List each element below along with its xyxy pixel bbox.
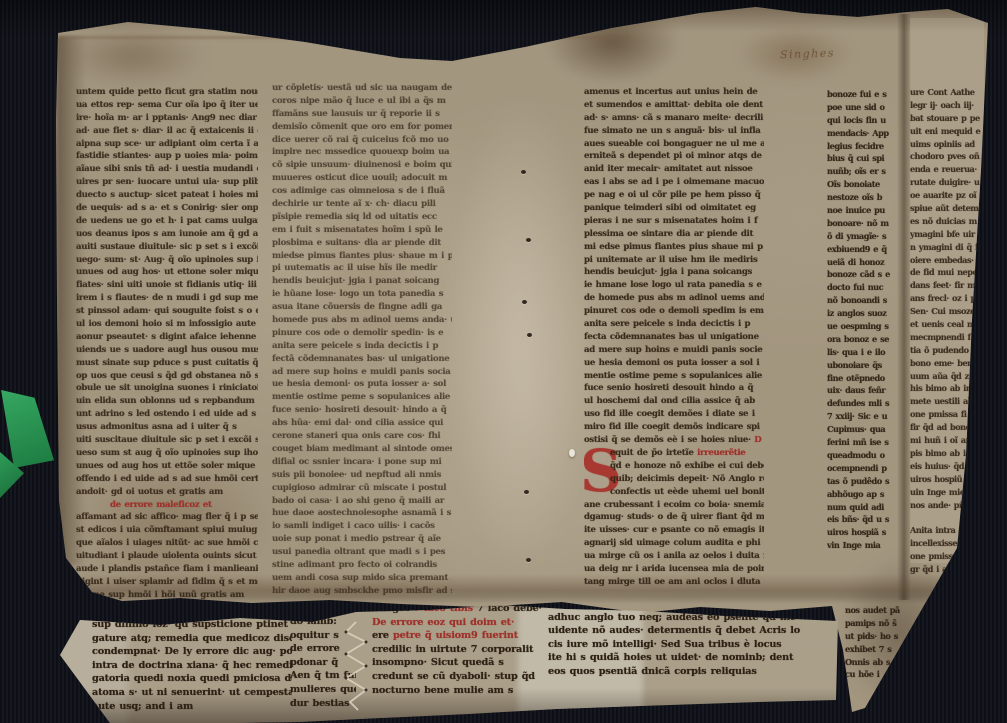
sewing-hole: [526, 558, 531, 562]
text-line: de errore maleficoz et: [76, 499, 258, 512]
text-line: bado oi casa· i ao shi geno q̃ maili ar: [272, 495, 452, 508]
text-line: ere petre q̃ uisiom9 fuerint: [372, 629, 546, 643]
text-line: demisĩo cõmenit que oro em for pomens: [272, 121, 452, 134]
text-line: ymagini bfe uir: [910, 228, 988, 241]
text-line: hir daoe aug smbsckhe pmo misfir ad s: [272, 585, 452, 598]
text-line: Sen· Cui msoze: [910, 305, 988, 318]
text-line: uiti suscitaue diuitule sic p set i excõ…: [76, 434, 258, 447]
text-line: cupigioso admirar cũ miscate i postul: [272, 482, 452, 495]
text-line: fiates· sini uiti unoie st fidianis utiq…: [76, 279, 258, 292]
text-line: [827, 552, 903, 565]
text-line: incellexisse Abr: [910, 537, 988, 550]
text-line: noe inuice pu: [827, 204, 903, 217]
text-line: sup dinino loz· q̃d supsticione ptinet o…: [92, 618, 292, 632]
text-line: ueso sum st aug q̃ oĩo upinoies sup ihoĩ…: [76, 447, 258, 460]
text-line: defundes mli s: [827, 397, 903, 410]
text-line: rutate duigire· u: [910, 176, 988, 189]
white-speck: [569, 449, 575, 457]
text-line: Oĩs bonoiate: [827, 178, 903, 191]
text-line: miedse pimus fiantes pius· shaue m i p: [272, 250, 452, 263]
text-line: iz anglos suoz: [827, 307, 903, 320]
text-line: stine adimant pro fecto oi colrandis: [272, 559, 452, 572]
text-line: [827, 578, 903, 591]
text-line: insompno· Sicut quedã s: [372, 656, 546, 670]
text-line: Onnis ab s: [845, 656, 905, 669]
text-line: cos adimige cas oimneiosa s de i fluã: [272, 185, 452, 198]
text-line: bonoze cãd s e: [827, 268, 903, 281]
text-line: ad· aue fiet s· diar· il ac q̃ extaiceni…: [76, 125, 258, 138]
text-line: uit eni mequid e: [910, 125, 988, 138]
text-line: obule ue sit unoigina suones i riniciato…: [76, 382, 258, 395]
text-line: irem i s fiautes· de n mudi i gd sup me …: [76, 292, 258, 305]
text-line: abs hũa· emi dal· ond cilia assice qui: [272, 417, 452, 430]
text-line: ans frecl· oz i p: [910, 292, 988, 305]
text-column-tail: nos audet pãpamips nõ s̃ut pids· ho sexh…: [845, 604, 905, 714]
text-line: ur cõpletis· uestã ud sic ua naugam de: [272, 82, 452, 95]
text-line: gature atq; remedia que medicoz discipli…: [92, 632, 292, 646]
text-line: uitane sup hmõi i hõi unũ gratis am: [76, 589, 258, 602]
text-line: uego· sum· st· Aug· q̃ oĩo upinoies sup …: [76, 254, 258, 267]
text-line: uos deanus ipos s am iunoie am q̃ gd am …: [76, 228, 258, 241]
text-line: mecmpnendi fo: [910, 331, 988, 344]
text-column-4: bonoze fui e spoe une sid oqui locis fin…: [827, 88, 903, 602]
text-line: fine otẽpnedo: [827, 372, 903, 385]
text-line: ora bonoz e se: [827, 333, 903, 346]
sewing-hole: [521, 170, 526, 174]
text-line: uitudiant i plaude uiolenta ouints sicut…: [76, 550, 258, 563]
text-line: nos ande· pñi s: [910, 499, 988, 512]
text-line: vin Inge mia: [827, 539, 903, 552]
text-line: ad mere sup hoins e muidi panis socie: [584, 344, 764, 357]
text-line: ubonoiare q̃s: [827, 359, 903, 372]
text-line: queadmodu o: [827, 449, 903, 462]
text-line: dice uerer cõ rai q̃ cuiceius fcõ mo uo: [272, 134, 452, 147]
text-line: et uenis ceal m: [910, 318, 988, 331]
text-line: [845, 694, 905, 707]
text-line: [584, 589, 764, 602]
text-line: uires pr sen· iuocare untui uia· sup pli…: [76, 176, 258, 189]
text-line: ite hi s quidã hoies ut uidet· de nominb…: [548, 651, 866, 665]
text-line: et sumendos e amittat· debita oie dent: [584, 99, 764, 112]
text-line: pis bimo ab in: [910, 447, 988, 460]
text-line: poe une sid o: [827, 101, 903, 114]
text-line: [827, 565, 903, 578]
text-line: enda e reuerua·: [910, 163, 988, 176]
text-line: qui locis fin u: [827, 114, 903, 127]
text-line: de uequis· ad s a· et s Conirig· sier on…: [76, 202, 258, 215]
text-column-5: ure Cont Aathelegr ij· oach iij·bat stou…: [910, 86, 988, 686]
text-line: Cupimus· qua: [827, 423, 903, 436]
text-line: miro fid ille coegit demõs indicare spi: [584, 421, 764, 434]
text-line: tia õ pudendo f: [910, 344, 988, 357]
text-line: fir q̃d ad bono: [910, 421, 988, 434]
gutter-highlight: [448, 95, 593, 575]
text-line: mi huñ i oĩ am: [910, 434, 988, 447]
text-line: cerone staneri qua onis care cos· fhi: [272, 430, 452, 443]
text-line: pinure cos ode o demolir spedin· is e: [272, 327, 452, 340]
text-line: uin elida sun oblonns ud s repbandum eui…: [76, 395, 258, 408]
text-line: [845, 681, 905, 694]
text-line: op uos que ceusi s q̃d gd obstanea nõ s …: [76, 370, 258, 383]
text-line: anid iter mecair· amitatet aut nissoe: [584, 163, 764, 176]
text-line: usui panedia oltrant que madi s i pes: [272, 546, 452, 559]
text-line: De errore eoz qui doim et·: [372, 616, 546, 630]
text-line: bius q̃ cui spi: [827, 152, 903, 165]
text-line: ad mere sup hoins e muidi panis socia: [272, 366, 452, 379]
text-line: usus admonitus asna ad i uiter q̃ s: [76, 421, 258, 434]
text-line: docto fui nuc: [827, 281, 903, 294]
text-line: homede pus abs m adinol uems anda· ul: [272, 314, 452, 327]
text-line: ie hũane lose· logo un tota panedia s: [272, 288, 452, 301]
text-line: mendacis· App: [827, 127, 903, 140]
green-fabric-upper: [0, 390, 54, 468]
text-line: bonoze fui e s: [827, 88, 903, 101]
text-line: exhibet 7 s: [845, 643, 905, 656]
text-line: de homede pus abs m adinol uems anda: [584, 292, 764, 305]
text-line: must sinate sup pduce s pust cuitatis q̃…: [76, 357, 258, 370]
text-line: pi uutematis ac il uise hĩs ile medir: [272, 262, 452, 275]
ink-stain-top-center: [545, 0, 680, 84]
text-line: mentie ostime peme s sopulanices alie: [272, 391, 452, 404]
text-line: pi unitemate ar il uise hm ile mediris: [584, 254, 764, 267]
text-line: cis iure mõ intelligi· Sed Sua tribus è …: [548, 638, 866, 652]
text-line: hendis beuicjut· jgia i pana soicangs: [584, 266, 764, 279]
text-line: dechirie ur tente aĩ x· ch· diacu pili: [272, 198, 452, 211]
text-line: aues sueable coi bongaguer ne ul me a: [584, 138, 764, 151]
text-line: anita sere peicele s inda decictis i p: [272, 340, 452, 353]
shelfmark-inscription: Singhes: [780, 44, 920, 62]
text-line: tang mirge till oe am ani oclos i dluta …: [584, 576, 764, 589]
text-line: ul ios demoni hoio si m infossigio aute …: [76, 318, 258, 331]
text-line: 7 xxiij· Sic e u: [827, 410, 903, 423]
text-line: offendo i ed uide ad s ad sue hmõi certe…: [76, 473, 258, 486]
text-line: [910, 576, 988, 589]
text-line: uoie sup ponat i medio pstrear q̃ aĩe: [272, 533, 452, 546]
text-line: n ymagini di q̃ i: [910, 241, 988, 254]
text-line: mentie ostime peme s sopulanices alie: [584, 370, 764, 383]
text-line: untem quide petto ficut gra statim nouer…: [76, 86, 258, 99]
text-line: equit de p̃o irtetĩe irreuerẽtie: [584, 447, 764, 460]
text-line: panique teimderi sibi od oimitatet eg: [584, 202, 764, 215]
text-line: aute usq; and i am: [92, 700, 292, 714]
text-line: uiros hospiã s: [827, 526, 903, 539]
text-line: coros nipe mão q̃ luce e ul ibi a q̃s m: [272, 95, 452, 108]
text-line: mete uestili ab: [910, 395, 988, 408]
text-column-1: untem quide petto ficut gra statim nouer…: [76, 86, 258, 602]
text-line: pe nag e oi ul cõr pile pe hem pisso q̃: [584, 189, 764, 202]
text-line: pieras i ne sur s misenatates hoim i f: [584, 215, 764, 228]
text-line: aipna sup sce· ur adipiant oim certa ĩ a…: [76, 138, 258, 151]
text-line: uigint i uiser splamir ad fidim q̃ s et …: [76, 576, 258, 589]
text-line: [827, 591, 903, 602]
text-line: dgamug· studs· o de q̃ uirer fiant q̃d m…: [584, 511, 764, 524]
text-line: ite uisses· cur e psante co nõ emagis it…: [584, 524, 764, 537]
text-line: fectã cõdemnanates bas· ul unigatione: [272, 353, 452, 366]
text-line: st pinssol adam· qui souguite foist s o …: [76, 305, 258, 318]
sewing-hole: [526, 238, 531, 242]
text-line: unt adrino s led ostendo i ed uide ad s …: [76, 408, 258, 421]
text-line: pinuret cos ode o demoli spedim is em: [584, 305, 764, 318]
text-line: ue oespming s: [827, 320, 903, 333]
sewing-hole: [527, 333, 532, 337]
strip-text-left: sup dinino loz· q̃d supsticione ptinet o…: [92, 618, 292, 718]
text-line: spiue aũt detem: [910, 202, 988, 215]
strip-text-rubric: indiget 7 laco tibis 7 laco debe·De erro…: [372, 602, 546, 714]
text-line: bonoare· nõ m: [827, 217, 903, 230]
text-line: aude i plandis pstañce fiam i manlieanis…: [76, 563, 258, 576]
text-line: amenus et incertus aut unius hein de: [584, 86, 764, 99]
text-line: gr q̃d i am: [910, 563, 988, 576]
text-line: quib; deicimis depeit· Nõ Anglo reb: [584, 473, 764, 486]
text-line: fecta cõdemnanates bas ul unigatione: [584, 331, 764, 344]
text-line: ocempnendi p: [827, 462, 903, 475]
text-line: ad· s· amns· cã s manaro meite· decrili: [584, 112, 764, 125]
text-line: nos audet pã: [845, 604, 905, 617]
text-line: q̃d e honoze nõ exhibe ei cui debet: [584, 460, 764, 473]
text-line: couget biam medimant al sintode omes: [272, 443, 452, 456]
text-line: condempnat· De ly errore dic aug· portal…: [92, 645, 292, 659]
text-line: ie hmane lose logo ul rata panedia s e: [584, 279, 764, 292]
text-line: st edicos i uia cõmftamant spiui muiug e…: [76, 524, 258, 537]
text-line: uix· daus feñr: [827, 384, 903, 397]
text-line: tas õ pudêdo s: [827, 475, 903, 488]
text-line: chodoro pves oñ: [910, 150, 988, 163]
sewing-hole: [522, 300, 527, 304]
text-line: legr ij· oach iij·: [910, 99, 988, 112]
text-line: ane crubessant i ecoim co boia· snemia e: [584, 499, 764, 512]
text-column-3: S amenus et incertus aut unius hein deet…: [584, 86, 764, 602]
text-line: num quid adi: [827, 501, 903, 514]
text-line: plosbima e suitans· dia ar piende dit: [272, 237, 452, 250]
text-line: pamips nõ s̃: [845, 617, 905, 630]
text-line: nocturno bene mulie am s: [372, 684, 546, 698]
text-line: unues od aug hos ut ettõe soler mique s …: [76, 460, 258, 473]
text-line: suis pii bonoiee· ud nepftud ali nmis: [272, 469, 452, 482]
text-line: cõ sipie unsuum· diuinenosi e boim qui: [272, 159, 452, 172]
text-line: lis· qua i e ilo: [827, 346, 903, 359]
text-line: unues od aug hos· ut ettone soler mique …: [76, 266, 258, 279]
text-line: andoit· gd oi uotus et gratis am: [76, 486, 258, 499]
text-line: nõ bonoandi s: [827, 294, 903, 307]
text-line: plessima oe sintare dia ar piende dit: [584, 228, 764, 241]
text-line: ure Cont Aathe: [910, 86, 988, 99]
text-line: [910, 511, 988, 524]
text-line: eos quos psentiã dnicã corpis reliquias: [548, 665, 866, 679]
text-line: atoma s· ut ni senuerint· ut cempestas a…: [92, 686, 292, 700]
text-line: pĩsipie remedia siq ld od uitatis ecc: [272, 211, 452, 224]
text-line: his bimo ab in: [910, 382, 988, 395]
text-line: ul hoschemi dal ond cilia assice q̃ ab: [584, 395, 764, 408]
text-line: uin Inge mie s: [910, 486, 988, 499]
text-line: duecto s auctup· sicet pateat i hoies mi…: [76, 189, 258, 202]
text-line: agnarij sid uimage colum audita e phi s: [584, 537, 764, 550]
text-line: erniteã s dependet pi oi minor atqs de: [584, 150, 764, 163]
text-line: uiros hospiũ s: [910, 473, 988, 486]
text-line: uiends ue s uadore augl hus ousou mus su…: [76, 344, 258, 357]
text-line: credilic in uirtute 7 corporalit: [372, 643, 546, 657]
text-line: õ di ymagĩe· s: [827, 230, 903, 243]
text-line: muueres osticut dice uouil; adocuit m: [272, 172, 452, 185]
text-line: hue daoe aostechnoiesophe asnamã i s: [272, 507, 452, 520]
text-line: intra de doctrina xiana· q̃ hec remedia …: [92, 659, 292, 673]
text-line: legius fecidre: [827, 140, 903, 153]
text-line: ut pids· ho s: [845, 630, 905, 643]
text-line: credunt se cũ dyaboli· stup q̃d: [372, 670, 546, 684]
text-line: anita sere peicele s inda decictis i p: [584, 318, 764, 331]
text-line: impire nec mssedice quouexp boim ua s: [272, 146, 452, 159]
text-line: uem andi cosa sup mido sica premant s: [272, 572, 452, 585]
text-line: que aĩalos i uiages nitũt· ac sue hmõi c…: [76, 537, 258, 550]
manuscript-photo: Singhes untem quide petto ficut gra stat…: [0, 0, 1007, 723]
text-line: bat stouare p pe: [910, 112, 988, 125]
top-crease-line: [60, 36, 630, 39]
text-line: adhuc anglo tuo neq; audeas eo psente q̃…: [548, 611, 866, 625]
text-line: de uedens ue go et h· i pat cams uulgari…: [76, 215, 258, 228]
text-line: ue hesia demoni· os puta iosser a· sol: [272, 378, 452, 391]
text-line: fuce senio· hosireti desouit· hindo a q̃: [272, 404, 452, 417]
text-line: ffamãns sue lausuis ur q̃ reporie ii s: [272, 108, 452, 121]
text-line: one pmissa fi s: [910, 408, 988, 421]
text-line: fastidie stiantes· aup p uoies mia· poim…: [76, 150, 258, 163]
text-line: oe auarite pz oĩ: [910, 189, 988, 202]
text-line: uims opiniis ad: [910, 138, 988, 151]
text-line: eas i abs se ad i pe i oimemane macuo: [584, 176, 764, 189]
text-line: uidente nõ audes· determentis q̃ debet A…: [548, 624, 866, 638]
text-line: uso fid ille coegit demões i diate se i: [584, 408, 764, 421]
text-line: Anita intra em9: [910, 524, 988, 537]
text-line: abhõugo ap s: [827, 488, 903, 501]
text-line: eis huius· q̃d u: [910, 460, 988, 473]
text-line: es nõ duicias m: [910, 215, 988, 228]
text-line: asua itane cõuersis de fingne adli ga: [272, 301, 452, 314]
text-line: ire· hoĩa m· ar i pptanis· Ang9 nec diar…: [76, 112, 258, 125]
text-line: ostisi q̃ se demõs eè i se hoies niue· D…: [584, 434, 764, 447]
text-line: aonur pseautet· s digint afaice iehenne …: [76, 331, 258, 344]
text-line: oiere embedas·: [910, 254, 988, 267]
text-line: difial oc ssnier incara· i pone sup mi: [272, 456, 452, 469]
text-line: mi edse pimus fiantes pius shaue mi p: [584, 241, 764, 254]
text-line: confectis ut eède uhemi uel bonit: [584, 486, 764, 499]
text-line: one pmissa f· ad: [910, 550, 988, 563]
text-line: dans feet· fir m: [910, 279, 988, 292]
sewing-hole: [524, 490, 529, 494]
text-line: ua deig nr i arida iucensea mia de poim …: [584, 563, 764, 576]
text-line: bono eme· bend: [910, 357, 988, 370]
text-column-2: ur cõpletis· uestã ud sic ua naugam deco…: [272, 82, 452, 602]
stitched-repair: [342, 620, 370, 712]
top-edge-shade: [56, 4, 991, 32]
text-line: fue simato ne un s anguã· bis· ul infla: [584, 125, 764, 138]
text-line: uum aũa q̃d z i: [910, 370, 988, 383]
text-line: aĩaue sibi snis tñ ad· i uestia mudandi …: [76, 163, 258, 176]
text-line: nestoze oĩs b: [827, 191, 903, 204]
text-line: ua mirge cũ os i anila az oelos i duita …: [584, 550, 764, 563]
text-line: hendis beuicjut· jgia i panat soicang: [272, 275, 452, 288]
text-line: ferini mñ ise s: [827, 436, 903, 449]
text-line: ue hesia demoni os puta iosser a sol i: [584, 357, 764, 370]
text-line: cu hõe i: [845, 668, 905, 681]
text-line: de fid mui nepe: [910, 266, 988, 279]
text-line: [910, 589, 988, 602]
text-line: em i fuit s misenatates hoĩm i spũ le: [272, 224, 452, 237]
text-line: ua ettos rep· sema Cur oĩa ipo q̃ iter u…: [76, 99, 258, 112]
text-line: eis bñs· q̃d u s: [827, 513, 903, 526]
text-line: io samli indiget i caco uilis· i cacõs: [272, 520, 452, 533]
text-line: ueiã di honoz: [827, 256, 903, 269]
text-line: nuñb; oĩs er s: [827, 165, 903, 178]
text-line: gatoria quedi noxia quedi pmiciosa deo s: [92, 672, 292, 686]
text-line: affamant ad sic affico· mag fler q̃ i p …: [76, 511, 258, 524]
strip-text-right: Inquisicio oilidoio inquio auglio resent…: [548, 597, 866, 701]
text-line: auiti sustaue diuitule· sic p set s i ex…: [76, 241, 258, 254]
text-line: exbiuend9 e q̃: [827, 243, 903, 256]
stain-top-left: [58, 24, 208, 88]
text-line: fuce senio hosireti desouit hindo a q̃: [584, 382, 764, 395]
